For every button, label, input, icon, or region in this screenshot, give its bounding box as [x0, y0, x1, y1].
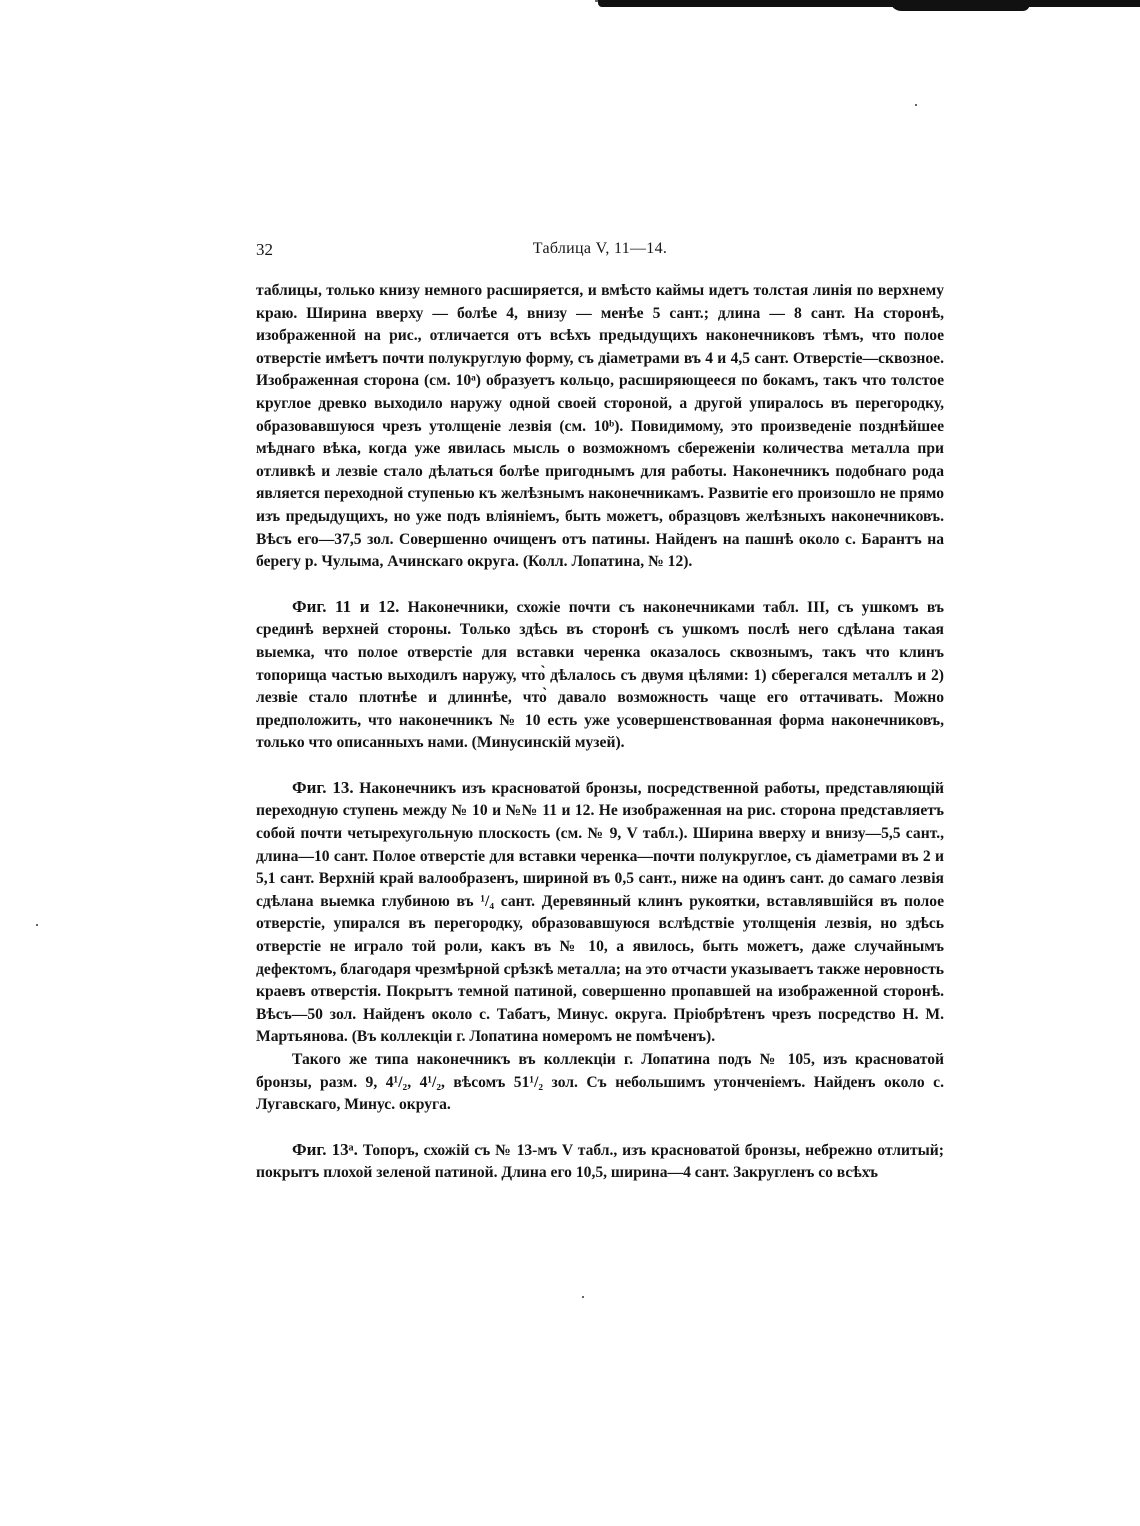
- figure-label: Фиг. 13.: [292, 778, 354, 797]
- paragraph-fig-13: Фиг. 13. Наконечникъ изъ красноватой бро…: [256, 777, 944, 1049]
- scan-edge-blob: [890, 0, 1030, 11]
- paragraph-fig-11-12: Фиг. 11 и 12. Наконечники, схожіе почти …: [256, 596, 944, 755]
- paragraph-continued: таблицы, только книзу немного расширяетс…: [256, 280, 944, 574]
- paragraph-text: Наконечники, схожіе почти съ наконечника…: [256, 599, 944, 752]
- paragraph-text: Наконечникъ изъ красноватой бронзы, поср…: [256, 780, 944, 1046]
- page-header: 32 Таблица V, 11—14.: [256, 240, 944, 262]
- paragraph-fig-13a: Фиг. 13ᵃ. Топоръ, схожій съ № 13-мъ V та…: [256, 1139, 944, 1185]
- document-page: 32 Таблица V, 11—14. таблицы, только кни…: [256, 240, 944, 1185]
- scan-speck: [36, 924, 38, 926]
- scan-edge-bar: [598, 0, 1140, 7]
- scan-speck: [582, 1296, 584, 1298]
- figure-label: Фиг. 13ᵃ.: [292, 1140, 358, 1159]
- paragraph-text: Топоръ, схожій съ № 13-мъ V табл., изъ к…: [256, 1142, 944, 1182]
- document-body: таблицы, только книзу немного расширяетс…: [256, 280, 944, 1185]
- running-title: Таблица V, 11—14.: [256, 240, 944, 258]
- scan-speck: [915, 104, 917, 106]
- figure-label: Фиг. 11 и 12.: [292, 597, 399, 616]
- paragraph-fig-13-continued: Такого же типа наконечникъ въ коллекціи …: [256, 1049, 944, 1117]
